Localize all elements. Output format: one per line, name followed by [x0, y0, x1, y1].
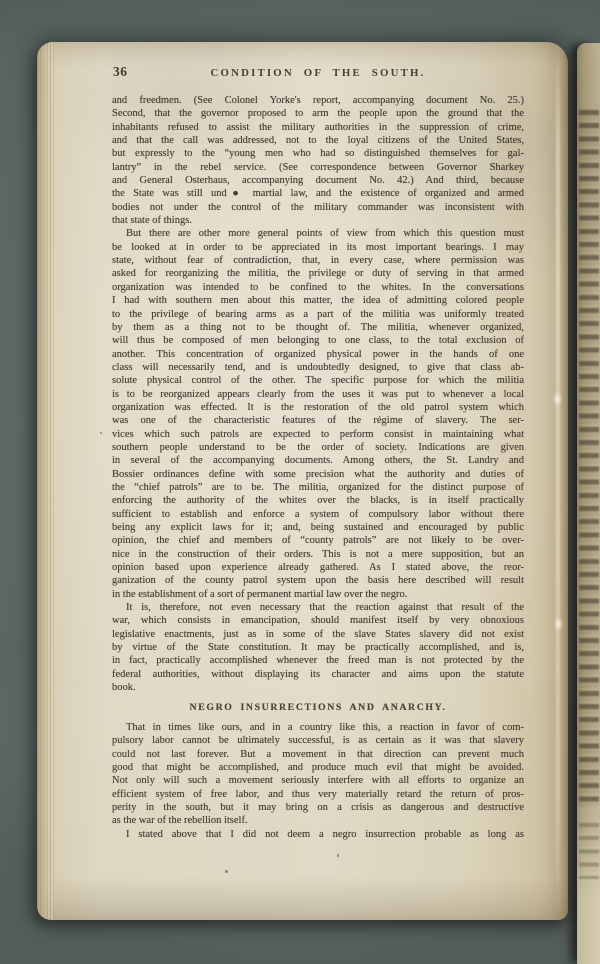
adjacent-page-text-blur: [579, 107, 599, 807]
text-line: organization was effected. It is the res…: [112, 401, 524, 414]
paragraph: That in times like ours, and in a countr…: [112, 721, 524, 828]
page-edge-nick: [554, 617, 563, 631]
text-line: being any explicit laws for it; and, bei…: [112, 521, 524, 534]
paragraph: But there are other more general points …: [112, 227, 524, 601]
text-line: the “chief patrols” are to be. The milit…: [112, 481, 524, 494]
text-line: in fact, practically accomplished whenev…: [112, 654, 524, 667]
text-line: pulsory labor cannot be ultimately succe…: [112, 734, 524, 747]
text-line: I stated above that I did not deem a neg…: [112, 828, 524, 841]
section-heading: NEGRO INSURRECTIONS AND ANARCHY.: [112, 701, 524, 714]
adjacent-page-text-blur: [579, 819, 599, 879]
text-line: state, without fear of contradiction, th…: [112, 254, 524, 267]
text-line: efficient system of free labor, and thus…: [112, 788, 524, 801]
text-line: to the privilege of bearing arms as a pa…: [112, 308, 524, 321]
text-line: legislative enactments, just as in some …: [112, 628, 524, 641]
text-line: by virtue of the State constitution. It …: [112, 641, 524, 654]
text-line: and freedmen. (See Colonel Yorke's repor…: [112, 94, 524, 107]
text-line: That in times like ours, and in a countr…: [112, 721, 524, 734]
book-page: 36 CONDITION OF THE SOUTH. and freedmen.…: [37, 42, 568, 920]
paper-speck: [225, 870, 228, 873]
paragraph: and freedmen. (See Colonel Yorke's repor…: [112, 94, 524, 227]
text-line: perity in the south, but it may bring on…: [112, 801, 524, 814]
text-line: southern people understand to be the ord…: [112, 441, 524, 454]
text-line: and General Osterhaus, accompanying docu…: [112, 174, 524, 187]
text-line: Bossier ordinances define with some prec…: [112, 468, 524, 481]
adjacent-page: [577, 43, 600, 964]
text-line: ganization of the county patrol system u…: [112, 574, 524, 587]
text-line: and that the call was addressed, not to …: [112, 134, 524, 147]
paragraph: I stated above that I did not deem a neg…: [112, 828, 524, 841]
text-line: Second, that the governor proposed to ar…: [112, 107, 524, 120]
text-line: asked for reorganizing the militia, the …: [112, 267, 524, 280]
running-header: 36 CONDITION OF THE SOUTH.: [112, 62, 524, 84]
scan-background: 36 CONDITION OF THE SOUTH. and freedmen.…: [0, 0, 600, 964]
paragraph: It is, therefore, not even necessary tha…: [112, 601, 524, 694]
text-line: by them as a thing not to be thought of.…: [112, 321, 524, 334]
text-line: Not only will such a movement seriously …: [112, 774, 524, 787]
page-fore-edge: [37, 42, 54, 920]
text-line: be looked at in order to be appreciated …: [112, 241, 524, 254]
running-title: CONDITION OF THE SOUTH.: [112, 62, 524, 79]
text-line: is to be reorganized appears clearly fro…: [112, 388, 524, 401]
text-line: in the establishment of a sort of perman…: [112, 588, 524, 601]
text-line: federal authorities, without displaying …: [112, 668, 524, 681]
text-line: but expressly to the “young men who had …: [112, 147, 524, 160]
text-line: inhabitants refused to assist the milita…: [112, 121, 524, 134]
text-line: as the war of the rebellion itself.: [112, 814, 524, 827]
text-line: war, which consists in emancipation, sho…: [112, 614, 524, 627]
text-line: opinion based upon experience already ga…: [112, 561, 524, 574]
text-line: sufficient to establish and enforce a sy…: [112, 508, 524, 521]
page-edge-nick: [553, 392, 562, 406]
text-line: It is, therefore, not even necessary tha…: [112, 601, 524, 614]
text-line: class will necessarily tend, and is undo…: [112, 361, 524, 374]
text-line: lantry” in the rebel service. (See corre…: [112, 161, 524, 174]
paper-speck: [337, 854, 339, 857]
paper-speck: [100, 432, 102, 434]
text-line: But there are other more general points …: [112, 227, 524, 240]
text-line: I had with southern men about this matte…: [112, 294, 524, 307]
text-line: vices which such patrols are expected to…: [112, 428, 524, 441]
text-line: enforcing the authority of the whites ov…: [112, 494, 524, 507]
page-number: 36: [113, 64, 128, 80]
text-line: book.: [112, 681, 524, 694]
text-line: another. This concentration of organized…: [112, 348, 524, 361]
text-line: will thus be composed of men belonging t…: [112, 334, 524, 347]
text-line: bodies not under the control of the mili…: [112, 201, 524, 214]
text-line: that state of things.: [112, 214, 524, 227]
text-line: organization was intended to be confined…: [112, 281, 524, 294]
text-line: good that might be accomplished, and pro…: [112, 761, 524, 774]
page-gutter-crease: [556, 42, 560, 920]
body-text: and freedmen. (See Colonel Yorke's repor…: [112, 94, 524, 841]
page-content: 36 CONDITION OF THE SOUTH. and freedmen.…: [112, 62, 524, 841]
text-line: was one of the characteristic features o…: [112, 414, 524, 427]
text-line: nice in the construction of their orders…: [112, 548, 524, 561]
text-line: in several of the accompanying documents…: [112, 454, 524, 467]
text-line: the State was still und● martial law, an…: [112, 187, 524, 200]
text-line: solute physical control of the other. Th…: [112, 374, 524, 387]
text-line: could not last forever. But a movement i…: [112, 748, 524, 761]
text-line: opinion, the chief and members of “count…: [112, 534, 524, 547]
